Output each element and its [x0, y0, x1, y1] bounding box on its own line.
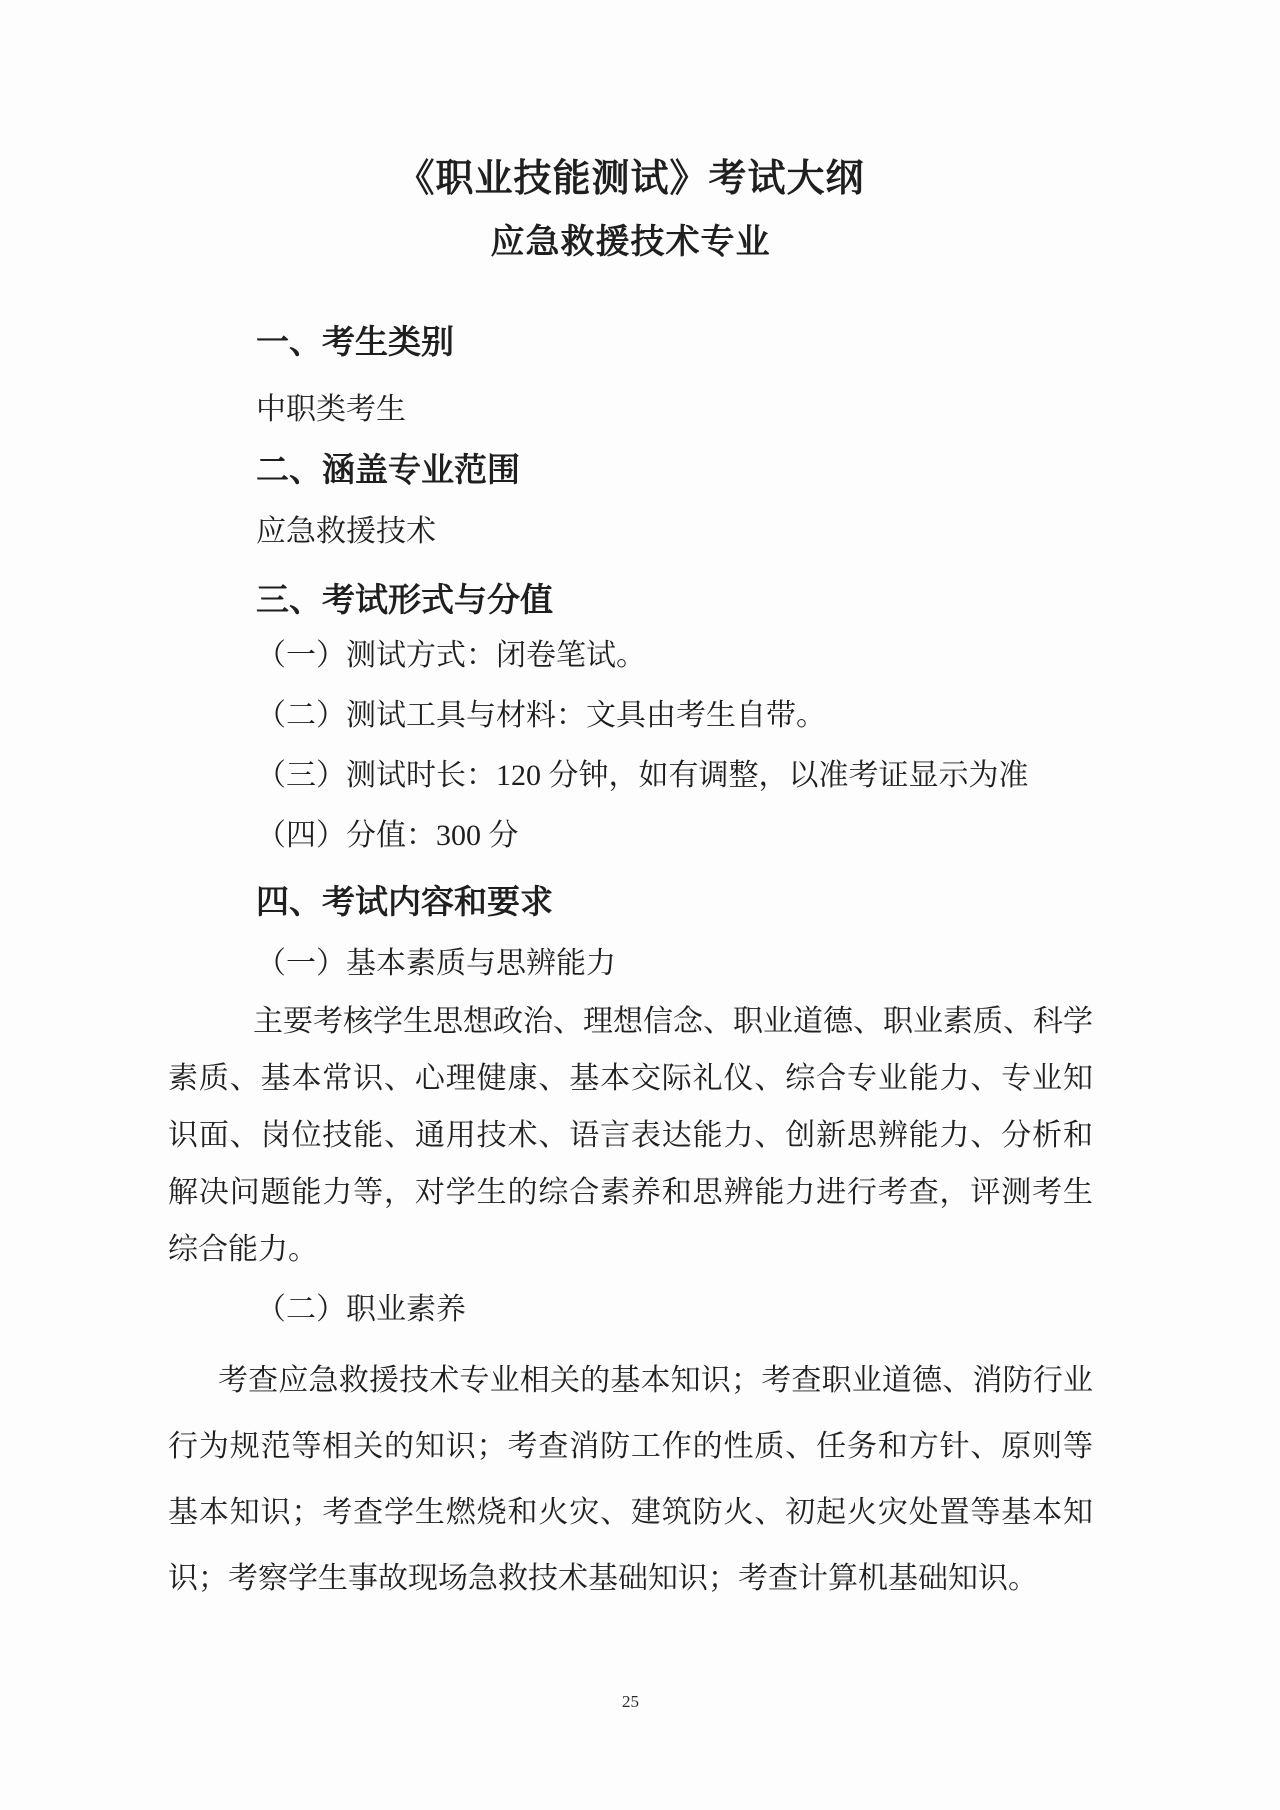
page-number: 25: [168, 1690, 1093, 1714]
exam-format-item-test-method: （一）测试方式：闭卷笔试。: [256, 626, 1093, 686]
section-heading-exam-content: 四、考试内容和要求: [256, 880, 1093, 924]
subsection-heading-professional-quality: （二）职业素养: [256, 1290, 1093, 1330]
exam-format-item-duration: （三）测试时长：120 分钟，如有调整，以准考证显示为准: [256, 746, 1093, 806]
document-page: 《职业技能测试》考试大纲 应急救援技术专业 一、考生类别 中职类考生 二、涵盖专…: [0, 0, 1280, 1810]
document-subtitle: 应急救援技术专业: [168, 220, 1093, 264]
document-title: 《职业技能测试》考试大纲: [168, 156, 1093, 202]
section-heading-examinee-category: 一、考生类别: [256, 320, 1093, 364]
section-heading-exam-format: 三、考试形式与分值: [256, 578, 1093, 622]
section-heading-covered-majors: 二、涵盖专业范围: [256, 448, 1093, 492]
subsection-heading-basic-quality: （一）基本素质与思辨能力: [256, 944, 1093, 984]
covered-majors-text: 应急救援技术: [256, 512, 1093, 552]
examinee-category-text: 中职类考生: [256, 390, 1093, 430]
exam-format-list: （一）测试方式：闭卷笔试。 （二）测试工具与材料：文具由考生自带。 （三）测试时…: [168, 626, 1093, 866]
professional-quality-paragraph: 考查应急救援技术专业相关的基本知识；考查职业道德、消防行业行为规范等相关的知识；…: [168, 1348, 1093, 1612]
exam-format-item-score: （四）分值：300 分: [256, 806, 1093, 866]
basic-quality-paragraph: 主要考核学生思想政治、理想信念、职业道德、职业素质、科学素质、基本常识、心理健康…: [168, 993, 1093, 1278]
exam-format-item-tools-materials: （二）测试工具与材料：文具由考生自带。: [256, 686, 1093, 746]
